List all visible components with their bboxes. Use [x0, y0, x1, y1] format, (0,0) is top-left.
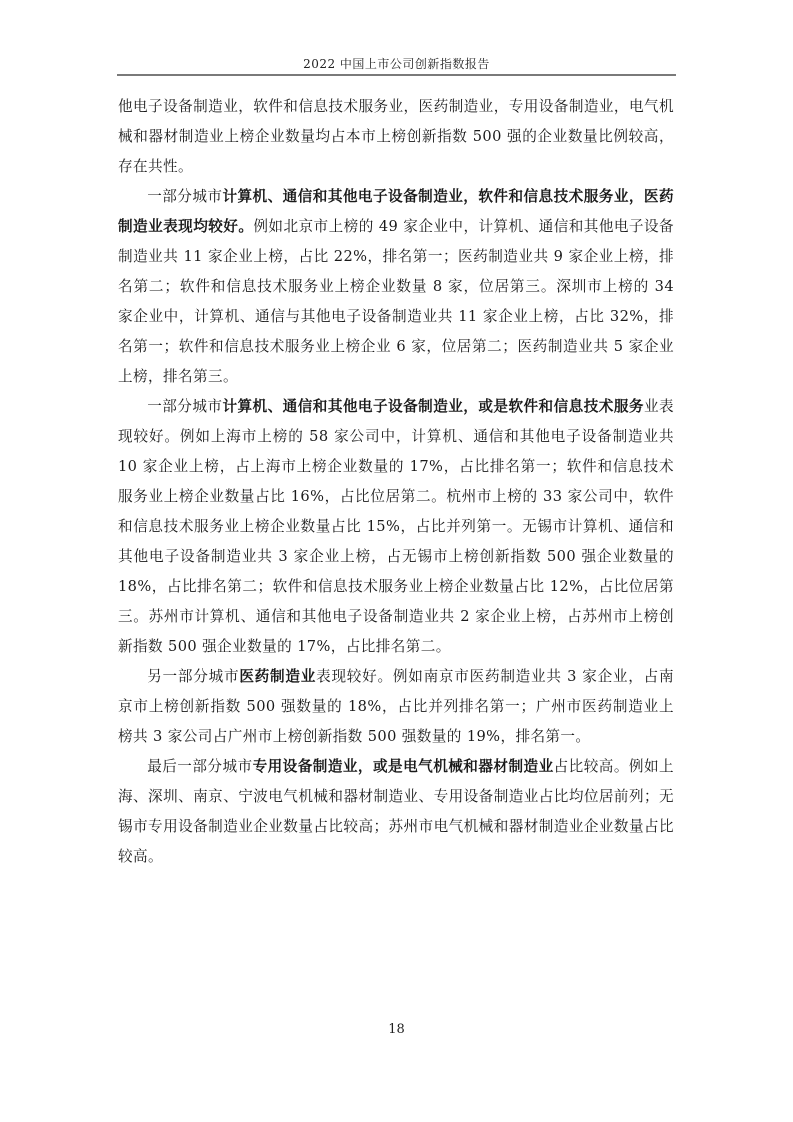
page-number: 18	[0, 1022, 793, 1037]
paragraph-continuation: 他电子设备制造业，软件和信息技术服务业，医药制造业，专用设备制造业，电气机械和器…	[118, 92, 674, 182]
paragraph-text: 一部分城市	[147, 188, 222, 205]
paragraph-text: 另一部分城市	[147, 668, 239, 685]
paragraph-equipment: 最后一部分城市专用设备制造业，或是电气机械和器材制造业占比较高。例如上海、深圳、…	[118, 752, 674, 872]
paragraph-text: 例如北京市上榜的 49 家企业中，计算机、通信和其他电子设备制造业共 11 家企…	[118, 218, 674, 385]
paragraph-emphasis: 专用设备制造业，或是电气机械和器材制造业	[253, 758, 554, 775]
paragraph-nanjing-guangzhou: 另一部分城市医药制造业表现较好。例如南京市医药制造业共 3 家企业，占南京市上榜…	[118, 662, 674, 752]
paragraph-text: 最后一部分城市	[147, 758, 252, 775]
header-divider	[117, 74, 676, 76]
paragraph-emphasis: 医药制造业	[239, 668, 316, 685]
paragraph-text: 业表现较好。例如上海市上榜的 58 家公司中，计算机、通信和其他电子设备制造业共…	[118, 398, 674, 655]
paragraph-text: 他电子设备制造业，软件和信息技术服务业，医药制造业，专用设备制造业，电气机械和器…	[118, 98, 674, 175]
paragraph-text: 一部分城市	[147, 398, 222, 415]
paragraph-beijing-shenzhen: 一部分城市计算机、通信和其他电子设备制造业，软件和信息技术服务业，医药制造业表现…	[118, 182, 674, 392]
running-header-title: 2022 中国上市公司创新指数报告	[117, 56, 676, 72]
body-text: 他电子设备制造业，软件和信息技术服务业，医药制造业，专用设备制造业，电气机械和器…	[118, 92, 674, 872]
paragraph-emphasis: 计算机、通信和其他电子设备制造业，或是软件和信息技术服务	[222, 398, 643, 415]
paragraph-shanghai-hangzhou: 一部分城市计算机、通信和其他电子设备制造业，或是软件和信息技术服务业表现较好。例…	[118, 392, 674, 662]
